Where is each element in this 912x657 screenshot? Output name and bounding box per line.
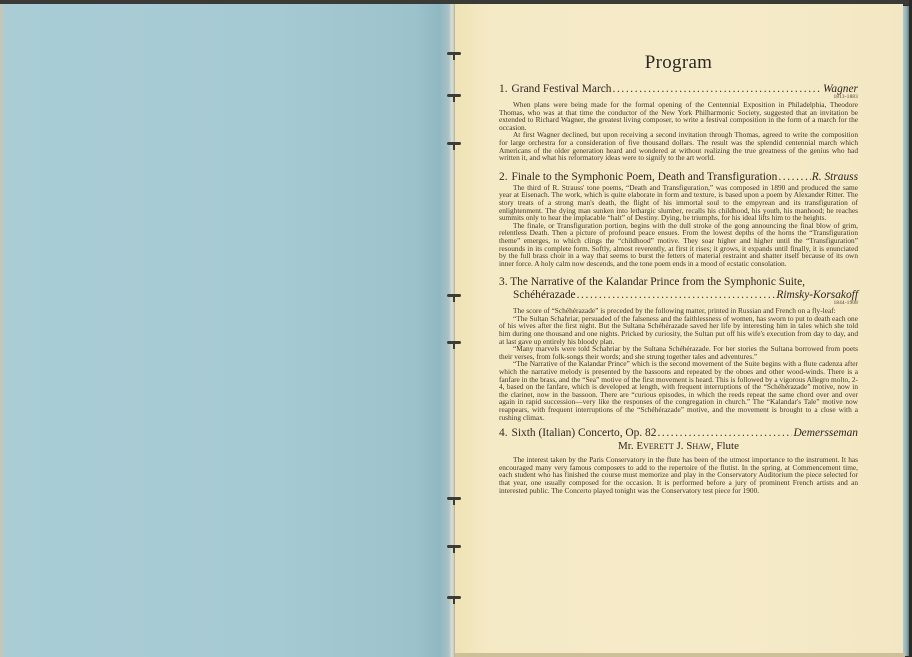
composer-name: Demersseman (793, 427, 858, 440)
dot-leader (778, 171, 810, 184)
binding-stitch-icon (447, 545, 461, 548)
dot-leader (613, 83, 822, 96)
piece-title: Finale to the Symphonic Poem, Death and … (512, 171, 778, 184)
program-item-1: 1. Grand Festival March Wagner 1813-1883… (499, 83, 858, 162)
performer-role: , Flute (711, 440, 739, 452)
bottom-edge (455, 653, 905, 657)
item-number: 2. (499, 171, 508, 184)
item-heading: 4. Sixth (Italian) Concerto, Op. 82 Deme… (499, 427, 858, 440)
page-title: Program (499, 52, 858, 74)
item-heading: 1. Grand Festival March Wagner (499, 83, 858, 96)
binding-stitch-icon (447, 294, 461, 297)
description-paragraph: The third of R. Strauss' tone poems, “De… (499, 184, 858, 222)
description-paragraph: The finale, or Transfiguration portion, … (499, 222, 858, 268)
binding-stitch-icon (447, 497, 461, 500)
binding-stitch-icon (447, 596, 461, 599)
composer-name: R. Strauss (812, 171, 858, 184)
description-paragraph: “The Narrative of the Kalandar Prince” w… (499, 360, 858, 421)
item-heading: 2. Finale to the Symphonic Poem, Death a… (499, 171, 858, 184)
program-content: Program 1. Grand Festival March Wagner 1… (499, 52, 858, 500)
booklet-spread: Program 1. Grand Festival March Wagner 1… (0, 0, 912, 657)
performer-prefix: Mr. (618, 440, 634, 452)
description-paragraph: “Many marvels were told Schahriar by the… (499, 345, 858, 360)
performer-line: Mr. Everett J. Shaw, Flute (499, 440, 858, 453)
piece-title: Sixth (Italian) Concerto, Op. 82 (512, 427, 657, 440)
dot-leader (657, 427, 792, 440)
binding-stitch-icon (447, 94, 461, 97)
left-page-blank (0, 4, 452, 657)
performer-name: Everett J. Shaw (636, 440, 711, 452)
program-item-4: 4. Sixth (Italian) Concerto, Op. 82 Deme… (499, 427, 858, 494)
item-number: 3. (499, 276, 508, 288)
binding-stitch-icon (447, 341, 461, 344)
dot-leader (577, 289, 776, 302)
program-item-2: 2. Finale to the Symphonic Poem, Death a… (499, 171, 858, 268)
program-item-3: 3. The Narrative of the Kalandar Prince … (499, 276, 858, 421)
piece-title: Grand Festival March (512, 83, 612, 96)
description-paragraph: When plans were being made for the forma… (499, 101, 858, 131)
binding-stitch-icon (447, 142, 461, 145)
item-heading: 3. The Narrative of the Kalandar Prince … (499, 276, 858, 289)
item-number: 1. (499, 83, 508, 96)
description-paragraph: The interest taken by the Paris Conserva… (499, 456, 858, 494)
piece-title-line1: The Narrative of the Kalandar Prince fro… (510, 276, 805, 288)
piece-title-line2: Schéhérazade (513, 289, 576, 302)
description-paragraph: At first Wagner declined, but upon recei… (499, 131, 858, 161)
item-heading-line2: Schéhérazade Rimsky-Korsakoff (499, 289, 858, 302)
description-paragraph: “The Sultan Schahriar, persuaded of the … (499, 315, 858, 345)
binding-stitch-icon (447, 52, 461, 55)
item-number: 4. (499, 427, 508, 440)
